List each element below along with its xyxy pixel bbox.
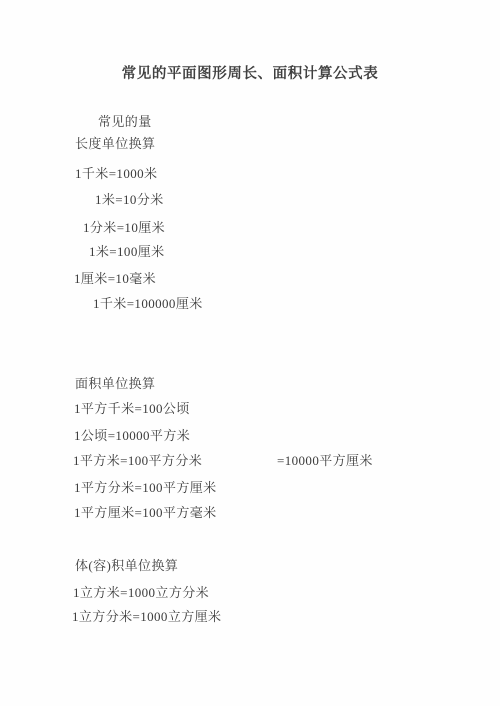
- length-conversion-dm-cm: 1分米=10厘米: [83, 221, 165, 235]
- common-quantities-heading: 常见的量: [98, 115, 152, 129]
- length-conversion-m-cm: 1米=100厘米: [89, 245, 165, 259]
- length-conversion-cm-mm: 1厘米=10毫米: [74, 272, 156, 286]
- document-page: 常见的平面图形周长、面积计算公式表 常见的量 长度单位换算 1千米=1000米 …: [0, 0, 500, 706]
- area-conversion-hectare-sqm: 1公顷=10000平方米: [74, 429, 190, 443]
- length-section-heading: 长度单位换算: [75, 137, 155, 151]
- length-conversion-m-dm: 1米=10分米: [95, 193, 164, 207]
- area-conversion-sqkm-hectare: 1平方千米=100公顷: [74, 402, 190, 416]
- volume-conversion-cbdm-cbcm: 1立方分米=1000立方厘米: [72, 610, 221, 624]
- area-section-heading: 面积单位换算: [75, 377, 155, 391]
- length-conversion-km-cm: 1千米=100000厘米: [93, 297, 203, 311]
- area-conversion-sqdm-sqcm: 1平方分米=100平方厘米: [74, 481, 217, 495]
- volume-conversion-cbm-cbdm: 1立方米=1000立方分米: [73, 586, 209, 600]
- area-conversion-sqcm-sqmm: 1平方厘米=100平方毫米: [74, 506, 217, 520]
- page-title: 常见的平面图形周长、面积计算公式表: [0, 62, 500, 83]
- volume-section-heading: 体(容)积单位换算: [75, 559, 178, 573]
- area-conversion-sqm-sqcm-extra: =10000平方厘米: [277, 454, 373, 468]
- area-conversion-sqm-sqdm: 1平方米=100平方分米: [73, 454, 202, 468]
- length-conversion-km-m: 1千米=1000米: [75, 167, 157, 181]
